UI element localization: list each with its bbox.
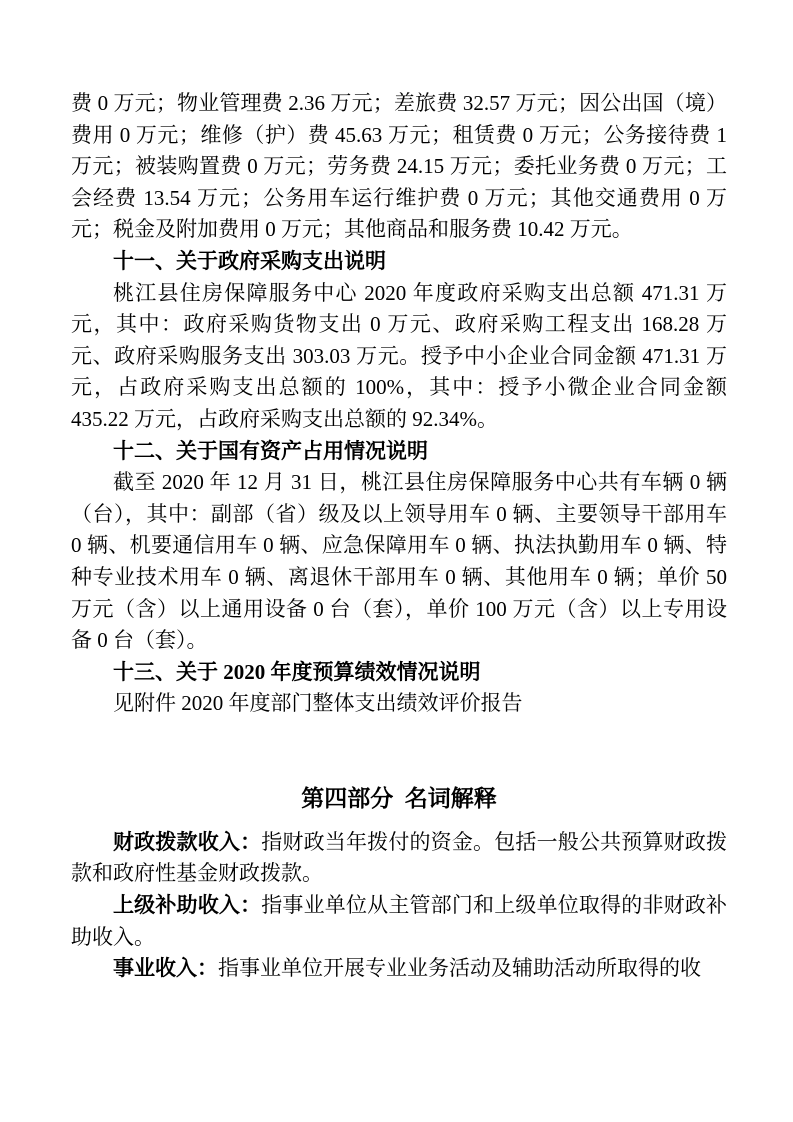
definition-term: 上级补助收入：: [113, 893, 261, 917]
definition-description: 指事业单位开展专业业务活动及辅助活动所取得的收: [218, 956, 701, 980]
paragraph-goods-services-continuation: 费 0 万元；物业管理费 2.36 万元；差旅费 32.57 万元；因公出国（境…: [71, 88, 727, 246]
definition-term: 财政拨款收入：: [113, 830, 261, 854]
definition-item-operational-income: 事业收入：指事业单位开展专业业务活动及辅助活动所取得的收: [71, 953, 727, 985]
definition-item-superior-subsidy-income: 上级补助收入：指事业单位从主管部门和上级单位取得的非财政补助收入。: [71, 890, 727, 953]
definition-term: 事业收入：: [113, 956, 218, 980]
section-13-body: 见附件 2020 年度部门整体支出绩效评价报告: [71, 688, 727, 720]
section-11-body: 桃江县住房保障服务中心 2020 年度政府采购支出总额 471.31 万元，其中…: [71, 278, 727, 436]
part-4-heading: 第四部分 名词解释: [71, 782, 727, 816]
definition-item-fiscal-appropriation-income: 财政拨款收入：指财政当年拨付的资金。包括一般公共预算财政拨款和政府性基金财政拨款…: [71, 827, 727, 890]
section-13-heading: 十三、关于 2020 年度预算绩效情况说明: [71, 657, 727, 689]
section-12-body: 截至 2020 年 12 月 31 日，桃江县住房保障服务中心共有车辆 0 辆（…: [71, 467, 727, 657]
section-12-heading: 十二、关于国有资产占用情况说明: [71, 436, 727, 468]
section-11-heading: 十一、关于政府采购支出说明: [71, 246, 727, 278]
document-page: 费 0 万元；物业管理费 2.36 万元；差旅费 32.57 万元；因公出国（境…: [0, 0, 793, 1122]
document-content: 费 0 万元；物业管理费 2.36 万元；差旅费 32.57 万元；因公出国（境…: [71, 88, 727, 985]
